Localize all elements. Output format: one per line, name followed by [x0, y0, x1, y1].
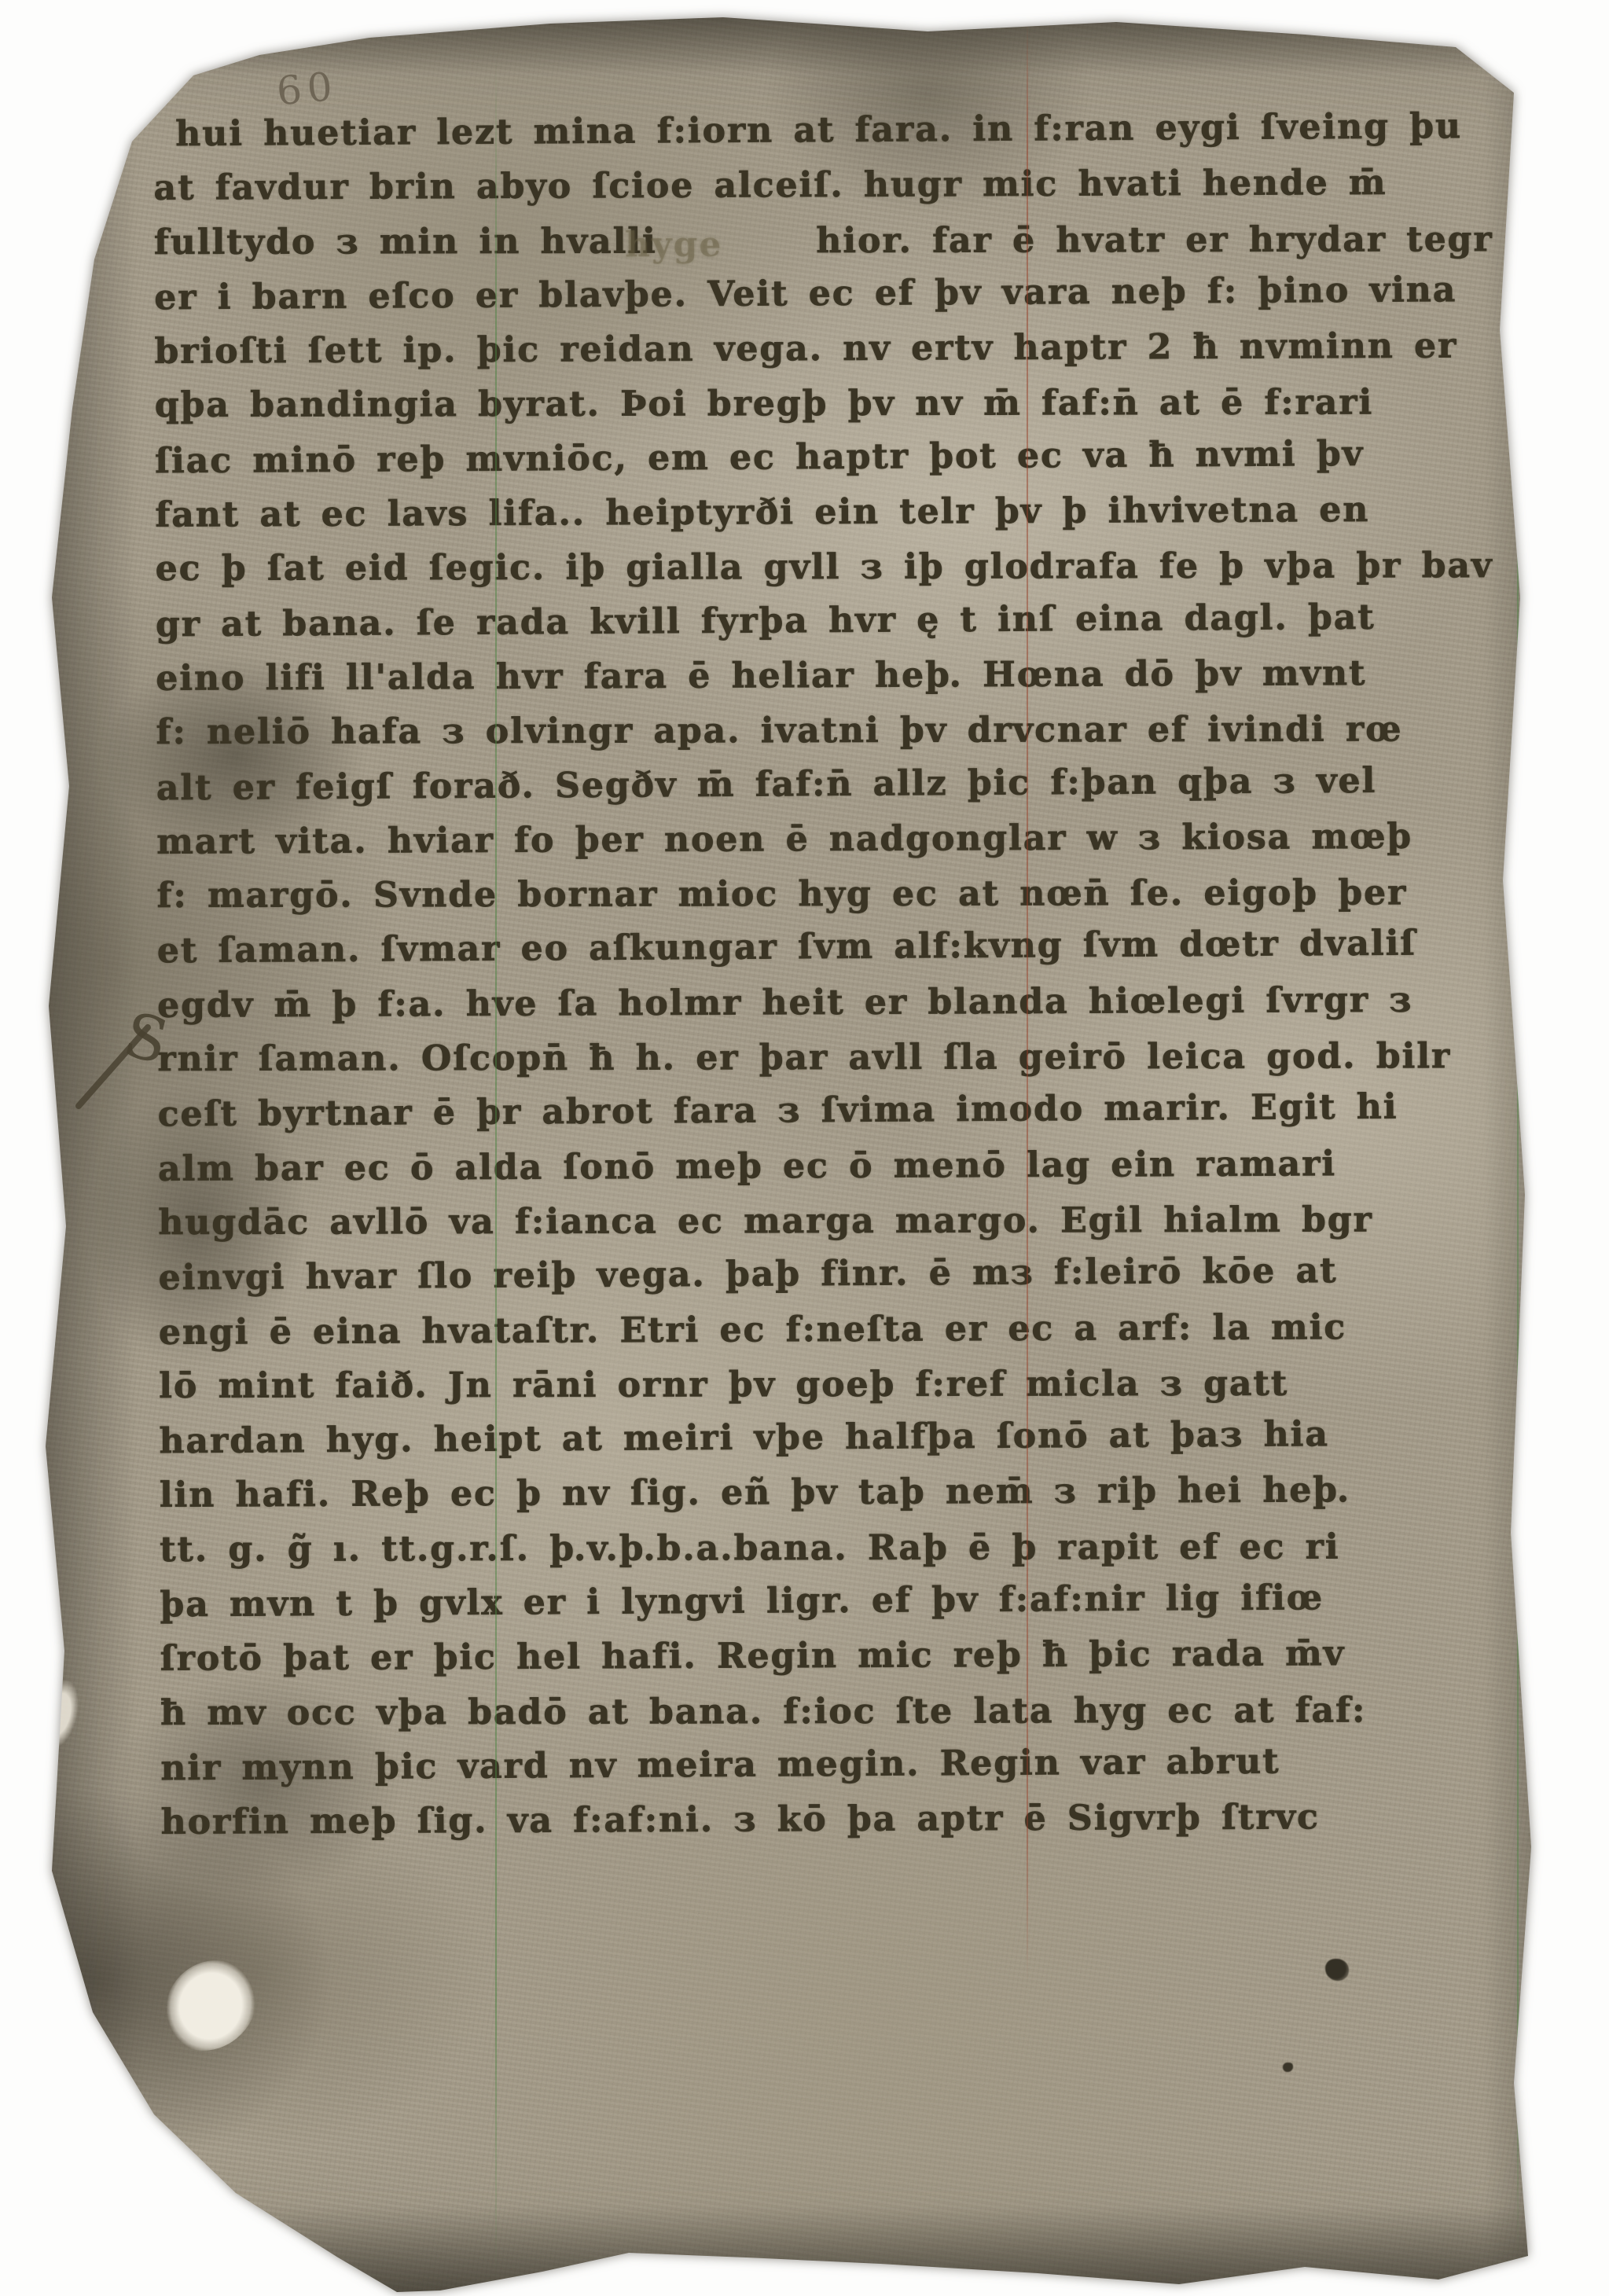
text-line: hugdāc avllō va f:ianca ec marga margo. … — [158, 1192, 1510, 1250]
text-line: er i barn eſco er blavþe. Veit ec ef þv … — [154, 263, 1506, 325]
text-line: gr at bana. ſe rada kvill fyrþa hvr ę t … — [156, 589, 1508, 652]
text-line: rnir ſaman. Oſcopn̄ ħ h. er þar avll ſla… — [157, 1029, 1509, 1086]
text-line: lin hafi. Reþ ec þ nv ſig. eñ þv taþ nem… — [160, 1463, 1512, 1523]
text-line: f: neliō hafa з olvingr apa. ivatni þv d… — [156, 702, 1508, 759]
tear-white-patch — [154, 1948, 267, 2065]
text-line: nir mynn þic vard nv meira megin. Regin … — [160, 1733, 1512, 1796]
text-line: lō mint faið. Jn rāni ornr þv goeþ f:ref… — [159, 1356, 1511, 1413]
text-line: egdv m̄ þ f:a. hve ſa holmr heit er blan… — [157, 972, 1509, 1033]
text-line: f: margō. Svnde bornar mioc hyg ec at nœ… — [156, 865, 1508, 923]
text-line: brioſti ſett ip. þic reidan vega. nv ert… — [154, 318, 1506, 379]
ink-blot-large — [1325, 1959, 1349, 1981]
text-line: ec þ ſat eid ſegic. iþ gialla gvll з iþ … — [156, 538, 1508, 596]
text-line: hardan hyg. heipt at meiri vþe halfþa ſo… — [159, 1406, 1511, 1469]
text-line: at favdur brin abyo ſcioe alceiſ. hugr m… — [153, 156, 1505, 216]
text-line: ſrotō þat er þic hel hafi. Regin mic reþ… — [160, 1626, 1512, 1687]
parchment-wrap: 60 hui huetiar lezt mina f:iorn at fara.… — [0, 0, 1609, 2296]
text-line: fant at ec lavs lifa.. heiptyrði ein tel… — [155, 482, 1507, 542]
scan-artifact-line-green-right — [1517, 47, 1519, 2264]
text-line: þa mvn t þ gvlx er i lyngvi ligr. ef þv … — [160, 1570, 1512, 1633]
text-line: mart vita. hviar fo þer noen ē nadgongla… — [156, 809, 1508, 869]
text-line: alt er feigſ forað. Segðv m̄ faf:n̄ allz… — [156, 752, 1508, 815]
text-line: eino lifi ll'alda hvr fara ē heliar heþ.… — [156, 645, 1508, 706]
s-mark-glyph: S — [117, 1000, 175, 1078]
text-line: ħ mv occ vþa badō at bana. f:ioc ſte lat… — [160, 1683, 1512, 1740]
text-line: engi ē eina hvataſtr. Etri ec f:neſta er… — [159, 1299, 1511, 1360]
text-line: einvgi hvar ſlo reiþ vega. þaþ finr. ē m… — [158, 1243, 1510, 1306]
text-line: ceſt byrtnar ē þr abrot fara з ſvima imo… — [158, 1079, 1510, 1142]
parchment-leaf: 60 hui huetiar lezt mina f:iorn at fara.… — [0, 0, 1609, 2296]
ink-smudge-dash — [476, 1953, 585, 2000]
text-line: fulltydo з min in hvalli hior. far ē hva… — [154, 212, 1506, 270]
text-line: horfin meþ ſig. va f:af:ni. з kō þa aptr… — [161, 1789, 1513, 1850]
text-line: et ſaman. ſvmar eo aſkungar ſvm alf:kvng… — [157, 916, 1509, 979]
marginal-s-mark: S — [72, 986, 198, 1120]
manuscript-text-block: hui huetiar lezt mina f:iorn at fara. in… — [153, 101, 1513, 1850]
text-line: alm bar ec ō alda ſonō meþ ec ō menō lag… — [158, 1136, 1510, 1196]
text-line: ſiac minō reþ mvniōc, em ec haptr þot ec… — [155, 426, 1507, 489]
text-line: qþa bandingia byrat. Þoi bregþ þv nv m̄ … — [155, 376, 1507, 433]
manuscript-photo: 60 hui huetiar lezt mina f:iorn at fara.… — [0, 0, 1609, 2296]
erased-faded-word: hyge — [625, 225, 723, 266]
edge-white-nick — [33, 1676, 85, 1753]
ink-blot-small — [1283, 2063, 1293, 2072]
text-line: tt. g. g̃ ı. tt.g.r.ſ. þ.v.þ.b.a.bana. R… — [160, 1519, 1512, 1577]
text-line: hui huetiar lezt mina f:iorn at fara. in… — [175, 99, 1505, 162]
